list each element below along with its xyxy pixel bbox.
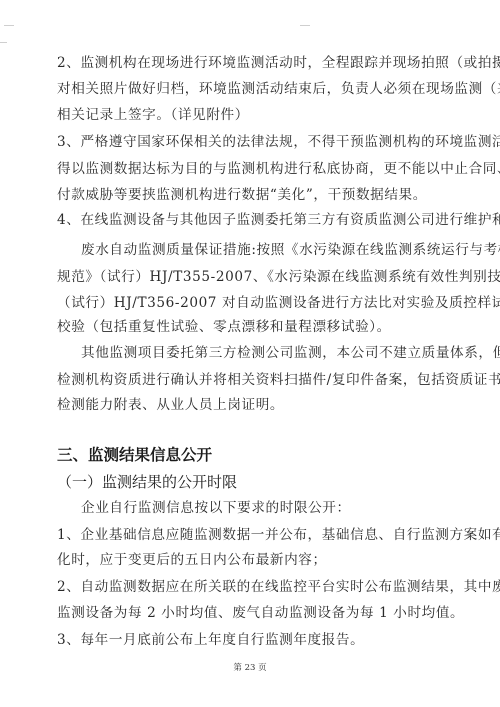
body-text-line: 检测能力附表、从业人员上岗证明。: [57, 396, 467, 414]
scan-artifact: [4, 25, 14, 26]
body-text-line: （试行）HJ/T356-2007 对自动监测设备进行方法比对实验及质控样试验、现…: [57, 294, 467, 312]
section-heading: 三、监测结果信息公开: [57, 445, 212, 465]
body-text-line: 4、在线监测设备与其他因子监测委托第三方有资质监测公司进行维护和监测。: [57, 211, 467, 229]
body-text-line: 企业自行监测信息按以下要求的时限公开：: [81, 499, 491, 517]
scan-artifact: [300, 25, 310, 26]
body-text-line: 对相关照片做好归档，环境监测活动结束后，负责人必须在现场监测（采集）: [57, 80, 467, 98]
body-text-line: 3、严格遵守国家环保相关的法律法规，不得干预监测机构的环境监测活动，不: [57, 133, 467, 151]
body-text-line: 校验（包括重复性试验、零点漂移和量程漂移试验）。: [57, 318, 467, 336]
page-number: 第 23 页: [0, 662, 500, 674]
document-page: 2、监测机构在现场进行环境监测活动时，全程跟踪并现场拍照（或拍摄视频）， 对相关…: [0, 0, 500, 707]
body-text-line: 监测设备为每 2 小时均值、废气自动监测设备为每 1 小时均值。: [57, 604, 467, 622]
body-text-line: 1、企业基础信息应随监测数据一并公布，基础信息、自行监测方案如有调整变: [57, 526, 467, 544]
body-text-line: 相关记录上签字。（详见附件）: [57, 106, 467, 124]
body-text-line: 付款威胁等要挟监测机构进行数据“美化”，干预数据结果。: [57, 186, 467, 204]
body-text-line: 2、监测机构在现场进行环境监测活动时，全程跟踪并现场拍照（或拍摄视频），: [57, 54, 467, 72]
body-text-line: 3、每年一月底前公布上年度自行监测年度报告。: [57, 631, 467, 649]
body-text-line: 废水自动监测质量保证措施:按照《水污染源在线监测系统运行与考核技术: [81, 241, 491, 259]
body-text-line: 规范》（试行）HJ/T355-2007、《水污染源在线监测系统有效性判别技术规范…: [57, 268, 467, 286]
body-text-line: 得以监测数据达标为目的与监测机构进行私底协商，更不能以中止合同、拒绝: [57, 160, 467, 178]
body-text-line: 检测机构资质进行确认并将相关资料扫描件/复印件备案，包括资质证书、资质: [57, 371, 467, 389]
body-text-line: 2、自动监测数据应在所关联的在线监控平台实时公布监测结果，其中废水自动: [57, 578, 467, 596]
scan-artifact: [0, 42, 7, 43]
body-text-line: 化时，应于变更后的五日内公布最新内容；: [57, 551, 467, 569]
body-text-line: 其他监测项目委托第三方检测公司监测，本公司不建立质量体系，但已对: [81, 344, 491, 362]
subsection-heading: （一）监测结果的公开时限: [57, 472, 237, 492]
